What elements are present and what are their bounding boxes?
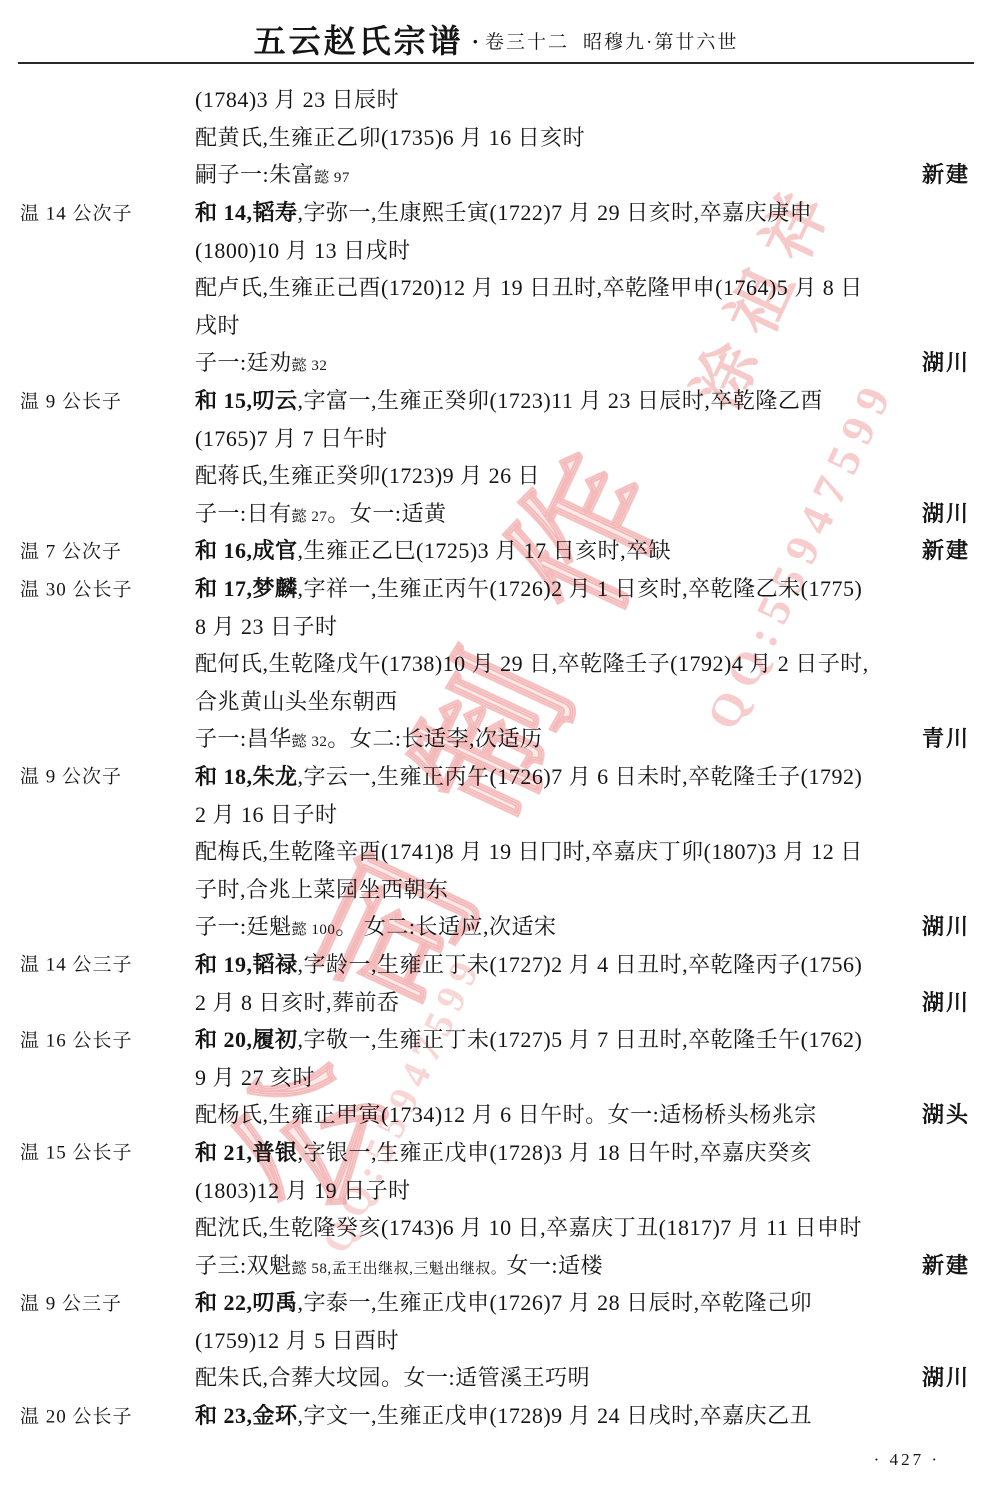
entry-label: 温 14 公次子 <box>20 198 133 225</box>
entry-text: 配黄氏,生雍正乙卯(1735)6 月 16 日亥时 <box>195 121 970 152</box>
location-tag: 湖川 <box>922 1361 970 1392</box>
genealogy-line: (1759)12 月 5 日酉时 <box>0 1321 992 1359</box>
volume-label: 卷三十二 <box>485 32 569 53</box>
entry-text: (1784)3 月 23 日辰时 <box>195 83 970 114</box>
entry-text: 9 月 27 亥时 <box>195 1061 970 1092</box>
entry-text: 8 月 23 日子时 <box>195 610 970 641</box>
page-header: 五云赵氏宗谱·卷三十二昭穆九·第廿六世 <box>0 16 992 62</box>
genealogy-line: 配杨氏,生雍正甲寅(1734)12 月 6 日午时。女一:适杨桥头杨兆宗湖头 <box>0 1095 992 1133</box>
entry-text: 和 16,成官,生雍正乙巳(1725)3 月 17 日亥时,卒缺 <box>195 534 922 565</box>
genealogy-line: (1765)7 月 7 日午时 <box>0 418 992 456</box>
entry-text: 和 20,履初,字敬一,生雍正丁未(1727)5 月 7 日丑时,卒乾隆壬午(1… <box>195 1023 970 1054</box>
header-divider <box>18 62 974 64</box>
genealogy-line: 子一:昌华懿 32。女二:长适李,次适历青川 <box>0 719 992 757</box>
entry-text: (1759)12 月 5 日酉时 <box>195 1324 970 1355</box>
entry-text: 和 18,朱龙,字云一,生雍正丙午(1726)7 月 6 日未时,卒乾隆壬子(1… <box>195 760 970 791</box>
entry-text: 和 19,韬禄,字龄一,生雍正丁未(1727)2 月 4 日丑时,卒乾隆丙子(1… <box>195 948 970 979</box>
genealogy-line: 温 20 公长子和 23,金环,字文一,生雍正戊申(1728)9 月 24 日戌… <box>0 1396 992 1434</box>
genealogy-line: 温 7 公次子和 16,成官,生雍正乙巳(1725)3 月 17 日亥时,卒缺新… <box>0 531 992 569</box>
genealogy-line: 2 月 8 日亥时,葬前岙湖川 <box>0 982 992 1020</box>
entry-text: 配卢氏,生雍正己酉(1720)12 月 19 日丑时,卒乾隆甲申(1764)5 … <box>195 271 970 302</box>
genealogy-line: 戌时 <box>0 306 992 344</box>
page-number: · 427 · <box>874 1450 940 1470</box>
entry-text: 配沈氏,生乾隆癸亥(1743)6 月 10 日,卒嘉庆丁丑(1817)7 月 1… <box>195 1211 970 1242</box>
entry-text: (1803)12 月 19 日子时 <box>195 1174 970 1205</box>
entry-text: 配蒋氏,生雍正癸卯(1723)9 月 26 日 <box>195 459 970 490</box>
entry-label: 温 7 公次子 <box>20 536 122 563</box>
entry-text: 2 月 8 日亥时,葬前岙 <box>195 986 922 1017</box>
genealogy-line: 配沈氏,生乾隆癸亥(1743)6 月 10 日,卒嘉庆丁丑(1817)7 月 1… <box>0 1208 992 1246</box>
entry-label: 温 9 公次子 <box>20 762 122 789</box>
entry-text: (1765)7 月 7 日午时 <box>195 422 970 453</box>
genealogy-line: 配梅氏,生乾隆辛酉(1741)8 月 19 日冂时,卒嘉庆丁卯(1807)3 月… <box>0 832 992 870</box>
genealogy-line: 子一:廷魁懿 100。 女二:长适应,次适宋湖川 <box>0 907 992 945</box>
location-tag: 湖川 <box>922 497 970 528</box>
genealogy-line: 温 9 公长子和 15,叨云,字富一,生雍正癸卯(1723)11 月 23 日辰… <box>0 381 992 419</box>
entry-text: 子一:日有懿 27。女一:适黄 <box>195 497 922 528</box>
genealogy-line: 温 9 公三子和 22,叨禹,字泰一,生雍正戊申(1726)7 月 28 日辰时… <box>0 1283 992 1321</box>
entry-label: 温 16 公长子 <box>20 1025 133 1052</box>
genealogy-line: 温 16 公长子和 20,履初,字敬一,生雍正丁未(1727)5 月 7 日丑时… <box>0 1020 992 1058</box>
genealogy-line: 子一:日有懿 27。女一:适黄湖川 <box>0 494 992 532</box>
genealogy-line: 8 月 23 日子时 <box>0 606 992 644</box>
entry-label: 温 20 公长子 <box>20 1401 133 1428</box>
genealogy-line: 合兆黄山头坐东朝西 <box>0 682 992 720</box>
entry-text: 嗣子一:朱富懿 97 <box>195 158 922 189</box>
genealogy-line: 配黄氏,生雍正乙卯(1735)6 月 16 日亥时 <box>0 118 992 156</box>
entry-text: 和 22,叨禹,字泰一,生雍正戊申(1726)7 月 28 日辰时,卒乾隆己卯 <box>195 1286 970 1317</box>
entry-text: (1800)10 月 13 日戌时 <box>195 234 970 265</box>
genealogy-line: 9 月 27 亥时 <box>0 1057 992 1095</box>
entry-text: 配朱氏,合葬大坟园。女一:适管溪王巧明 <box>195 1361 922 1392</box>
genealogy-line: 2 月 16 日子时 <box>0 794 992 832</box>
entry-text: 子时,合兆上菜园坐西朝东 <box>195 873 970 904</box>
location-tag: 湖头 <box>922 1098 970 1129</box>
location-tag: 湖川 <box>922 986 970 1017</box>
location-tag: 新建 <box>922 158 970 189</box>
entry-text: 和 21,普银,字银一,生雍正戊申(1728)3 月 18 日午时,卒嘉庆癸亥 <box>195 1136 970 1167</box>
entry-text: 和 23,金环,字文一,生雍正戊申(1728)9 月 24 日戌时,卒嘉庆乙丑 <box>195 1399 970 1430</box>
genealogy-line: 温 14 公次子和 14,韬寿,字弥一,生康熙壬寅(1722)7 月 29 日亥… <box>0 193 992 231</box>
genealogy-line: 配卢氏,生雍正己酉(1720)12 月 19 日丑时,卒乾隆甲申(1764)5 … <box>0 268 992 306</box>
entry-text: 子一:昌华懿 32。女二:长适李,次适历 <box>195 722 922 753</box>
genealogy-line: 子三:双魁懿 58,孟王出继叔,三魁出继叔。女一:适楼新建 <box>0 1245 992 1283</box>
genealogy-line: 子一:廷劝懿 32湖川 <box>0 343 992 381</box>
location-tag: 湖川 <box>922 346 970 377</box>
entry-text: 子一:廷劝懿 32 <box>195 346 922 377</box>
genealogy-line: 配蒋氏,生雍正癸卯(1723)9 月 26 日 <box>0 456 992 494</box>
entry-text: 配杨氏,生雍正甲寅(1734)12 月 6 日午时。女一:适杨桥头杨兆宗 <box>195 1098 922 1129</box>
entry-label: 温 15 公长子 <box>20 1138 133 1165</box>
genealogy-line: (1784)3 月 23 日辰时 <box>0 80 992 118</box>
entry-text: 子一:廷魁懿 100。 女二:长适应,次适宋 <box>195 910 922 941</box>
genealogy-line: 温 30 公长子和 17,梦麟,字祥一,生雍正丙午(1726)2 月 1 日亥时… <box>0 569 992 607</box>
entry-text: 和 17,梦麟,字祥一,生雍正丙午(1726)2 月 1 日亥时,卒乾隆乙未(1… <box>195 572 970 603</box>
entry-text: 配梅氏,生乾隆辛酉(1741)8 月 19 日冂时,卒嘉庆丁卯(1807)3 月… <box>195 835 970 866</box>
genealogy-page: 公司制作 涂祖祥 QQ:55947599 QQ:55947599 五云赵氏宗谱·… <box>0 0 992 1512</box>
entries-list: (1784)3 月 23 日辰时配黄氏,生雍正乙卯(1735)6 月 16 日亥… <box>0 80 992 1433</box>
location-tag: 新建 <box>922 534 970 565</box>
genealogy-line: 温 9 公次子和 18,朱龙,字云一,生雍正丙午(1726)7 月 6 日未时,… <box>0 757 992 795</box>
genealogy-line: 配何氏,生乾隆戊午(1738)10 月 29 日,卒乾隆壬子(1792)4 月 … <box>0 644 992 682</box>
entry-label: 温 9 公长子 <box>20 386 122 413</box>
title-separator: · <box>472 29 479 54</box>
entry-text: 和 15,叨云,字富一,生雍正癸卯(1723)11 月 23 日辰时,卒乾隆乙酉 <box>195 384 970 415</box>
genealogy-line: 嗣子一:朱富懿 97新建 <box>0 155 992 193</box>
genealogy-line: 温 15 公长子和 21,普银,字银一,生雍正戊申(1728)3 月 18 日午… <box>0 1133 992 1171</box>
genealogy-line: (1803)12 月 19 日子时 <box>0 1170 992 1208</box>
entry-text: 戌时 <box>195 309 970 340</box>
entry-text: 和 14,韬寿,字弥一,生康熙壬寅(1722)7 月 29 日亥时,卒嘉庆庚申 <box>195 196 970 227</box>
entry-text: 子三:双魁懿 58,孟王出继叔,三魁出继叔。女一:适楼 <box>195 1249 922 1280</box>
genealogy-line: (1800)10 月 13 日戌时 <box>0 230 992 268</box>
entry-label: 温 14 公三子 <box>20 950 133 977</box>
entry-text: 2 月 16 日子时 <box>195 798 970 829</box>
genealogy-line: 子时,合兆上菜园坐西朝东 <box>0 869 992 907</box>
generation-label: 昭穆九·第廿六世 <box>583 32 738 53</box>
entry-text: 配何氏,生乾隆戊午(1738)10 月 29 日,卒乾隆壬子(1792)4 月 … <box>195 647 970 678</box>
genealogy-line: 配朱氏,合葬大坟园。女一:适管溪王巧明湖川 <box>0 1358 992 1396</box>
book-title: 五云赵氏宗谱 <box>254 23 464 59</box>
location-tag: 新建 <box>922 1249 970 1280</box>
location-tag: 湖川 <box>922 910 970 941</box>
entry-text: 合兆黄山头坐东朝西 <box>195 685 970 716</box>
entry-label: 温 30 公长子 <box>20 574 133 601</box>
entry-label: 温 9 公三子 <box>20 1288 122 1315</box>
genealogy-line: 温 14 公三子和 19,韬禄,字龄一,生雍正丁未(1727)2 月 4 日丑时… <box>0 945 992 983</box>
location-tag: 青川 <box>922 722 970 753</box>
